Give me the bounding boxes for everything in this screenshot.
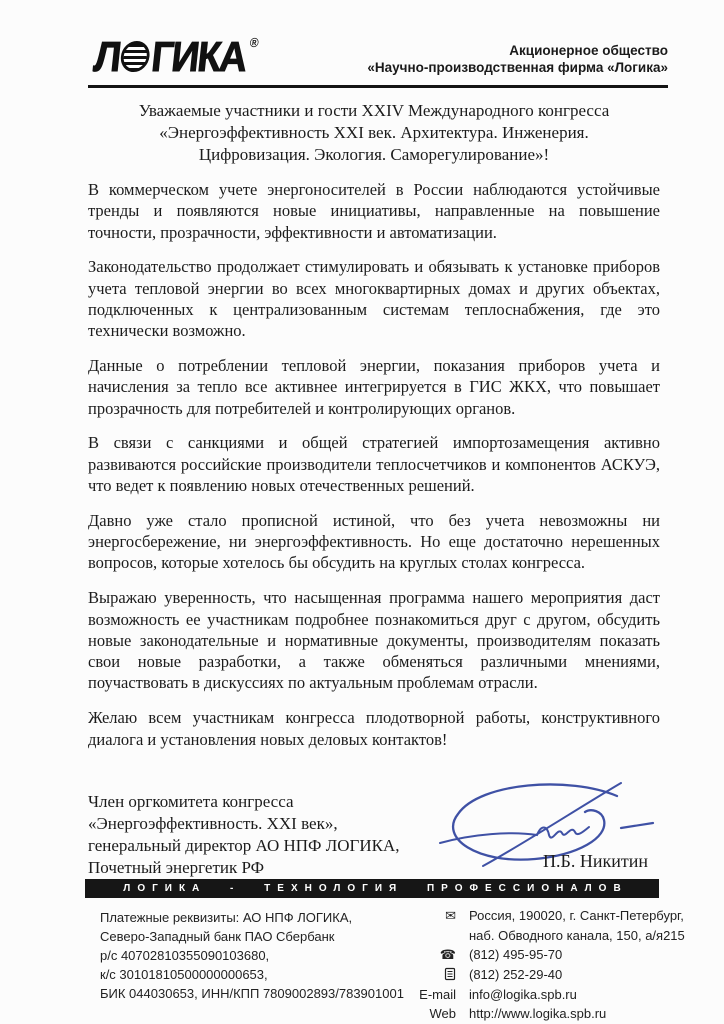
body-paragraph: Желаю всем участникам конгресса плодотво… <box>88 707 660 750</box>
requisites-line: БИК 044030653, ИНН/КПП 7809002893/783901… <box>100 984 404 1003</box>
signature-role-line: генеральный директор АО НПФ ЛОГИКА, <box>88 835 400 857</box>
fax-icon <box>444 967 456 981</box>
body-paragraph: Законодательство продолжает стимулироват… <box>88 256 660 341</box>
signature-role-line: Член оргкомитета конгресса <box>88 791 400 813</box>
greeting-line: Уважаемые участники и гости XXIV Междуна… <box>88 100 660 122</box>
requisites-line: р/с 40702810355090103680, <box>100 946 404 965</box>
fax-number: (812) 252-29-40 <box>469 965 685 984</box>
address-line: наб. Обводного канала, 150, а/я215 <box>469 926 685 945</box>
logo-text-pre: Л <box>92 36 122 78</box>
signature-ink <box>440 827 589 843</box>
letter-body: В коммерческом учете энергоносителей в Р… <box>88 179 660 763</box>
signature-role-line: Почетный энергетик РФ <box>88 857 400 879</box>
greeting: Уважаемые участники и гости XXIV Междуна… <box>88 100 660 166</box>
company-logo: ЛГИКА® <box>92 36 259 78</box>
contact-details: ✉ Россия, 190020, г. Санкт-Петербург, на… <box>408 906 685 1023</box>
body-paragraph: Выражаю уверенность, что насыщенная прог… <box>88 587 660 693</box>
signature-ink <box>453 784 617 859</box>
signatory-name: П.Б. Никитин <box>543 851 648 872</box>
letterhead: ЛГИКА® Акционерное общество «Научно-прои… <box>88 36 668 88</box>
requisites-line: к/с 30101810500000000653, <box>100 965 404 984</box>
envelope-icon: ✉ <box>445 909 456 924</box>
logo-text-post: ГИКА <box>149 36 247 78</box>
logo-striped-o-icon <box>120 41 152 72</box>
phone-icon: ☎ <box>440 948 456 963</box>
email-label: E-mail <box>408 985 456 1004</box>
signature-role-line: «Энергоэффективность. XXI век», <box>88 813 400 835</box>
body-paragraph: В связи с санкциями и общей стратегией и… <box>88 432 660 496</box>
slogan-text: ЛОГИКА - ТЕХНОЛОГИЯ ПРОФЕССИОНАЛОВ <box>116 883 627 894</box>
phone-number: (812) 495-95-70 <box>469 945 685 964</box>
slogan-bar: ЛОГИКА - ТЕХНОЛОГИЯ ПРОФЕССИОНАЛОВ <box>85 879 659 898</box>
signature-ink <box>621 823 653 828</box>
registered-trademark: ® <box>249 36 259 49</box>
company-name-line: Акционерное общество <box>367 42 668 59</box>
company-name-line: «Научно-производственная фирма «Логика» <box>367 59 668 76</box>
body-paragraph: В коммерческом учете энергоносителей в Р… <box>88 179 660 243</box>
payment-requisites: Платежные реквизиты: АО НПФ ЛОГИКА, Севе… <box>100 908 404 1003</box>
body-paragraph: Данные о потреблении тепловой энергии, п… <box>88 355 660 419</box>
greeting-line: «Энергоэффективность XXI век. Архитектур… <box>88 122 660 144</box>
requisites-line: Северо-Западный банк ПАО Сбербанк <box>100 927 404 946</box>
letter-page: ЛГИКА® Акционерное общество «Научно-прои… <box>0 0 724 1024</box>
company-name: Акционерное общество «Научно-производств… <box>367 42 668 76</box>
body-paragraph: Давно уже стало прописной истиной, что б… <box>88 510 660 574</box>
web-address: http://www.logika.spb.ru <box>469 1004 685 1023</box>
requisites-line: Платежные реквизиты: АО НПФ ЛОГИКА, <box>100 908 404 927</box>
signature-block: Член оргкомитета конгресса «Энергоэффект… <box>88 791 400 879</box>
footer: Платежные реквизиты: АО НПФ ЛОГИКА, Севе… <box>0 904 724 1024</box>
web-label: Web <box>408 1004 456 1023</box>
greeting-line: Цифровизация. Экология. Саморегулировани… <box>88 144 660 166</box>
address-line: Россия, 190020, г. Санкт-Петербург, <box>469 906 685 925</box>
email-address: info@logika.spb.ru <box>469 985 685 1004</box>
